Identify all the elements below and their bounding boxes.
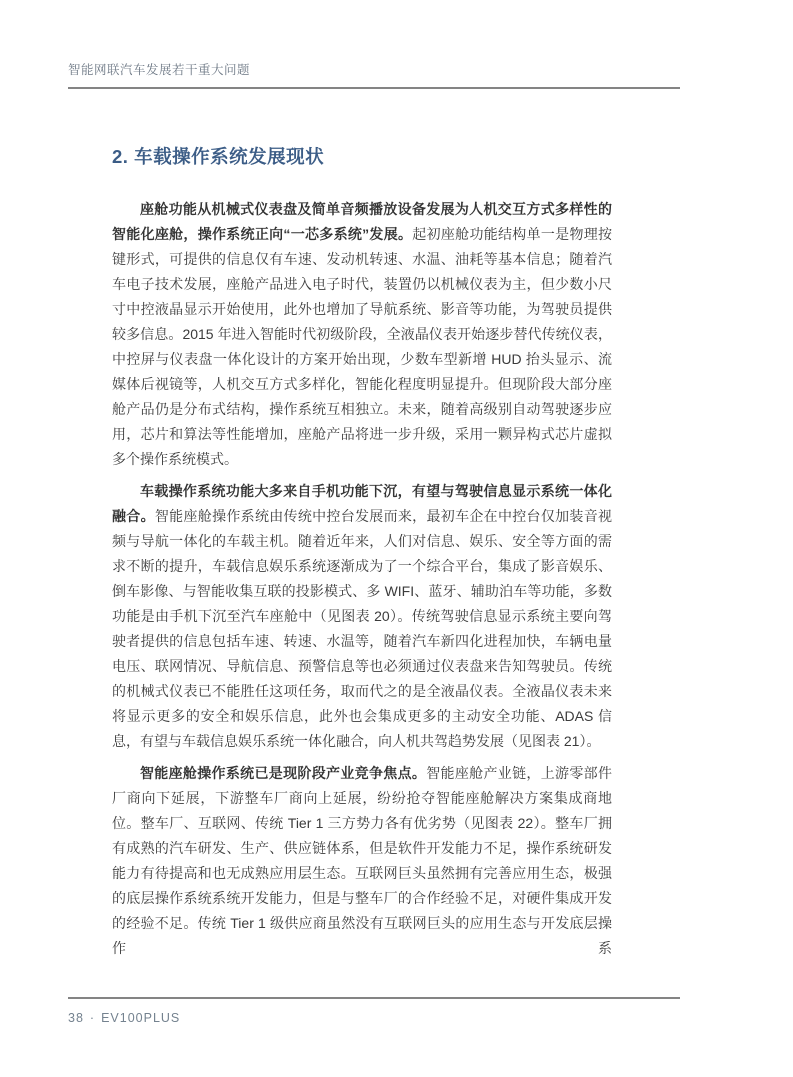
page-footer: 38 · EV100PLUS xyxy=(68,1011,180,1025)
paragraph-text: 智能座舱产业链，上游零部件厂商向下延展，下游整车厂商向上延展，纷纷抢夺智能座舱解… xyxy=(112,765,612,956)
paragraph-text: 智能座舱操作系统由传统中控台发展而来，最初车企在中控台仅加装音视频与导航一体化的… xyxy=(112,508,612,749)
running-header-title: 智能网联汽车发展若干重大问题 xyxy=(68,60,250,78)
page-number: 38 xyxy=(68,1011,84,1025)
paragraph-text: 起初座舱功能结构单一是物理按键形式，可提供的信息仅有车速、发动机转速、水温、油耗… xyxy=(112,226,612,467)
paragraph: 车载操作系统功能大多来自手机功能下沉，有望与驾驶信息显示系统一体化融合。智能座舱… xyxy=(112,479,612,754)
document-page: 智能网联汽车发展若干重大问题 2. 车载操作系统发展现状 座舱功能从机械式仪表盘… xyxy=(0,0,793,1077)
paragraph-lead: 智能座舱操作系统已是现阶段产业竞争焦点。 xyxy=(140,765,426,781)
paragraph: 智能座舱操作系统已是现阶段产业竞争焦点。智能座舱产业链，上游零部件厂商向下延展，… xyxy=(112,761,612,961)
footer-separator: · xyxy=(90,1011,95,1025)
body-content: 座舱功能从机械式仪表盘及简单音频播放设备发展为人机交互方式多样性的智能化座舱，操… xyxy=(112,197,612,968)
footer-divider xyxy=(68,997,680,999)
page-title: 2. 车载操作系统发展现状 xyxy=(112,143,324,169)
paragraph: 座舱功能从机械式仪表盘及简单音频播放设备发展为人机交互方式多样性的智能化座舱，操… xyxy=(112,197,612,472)
header-divider xyxy=(68,87,680,89)
brand-name: EV100PLUS xyxy=(101,1011,180,1025)
